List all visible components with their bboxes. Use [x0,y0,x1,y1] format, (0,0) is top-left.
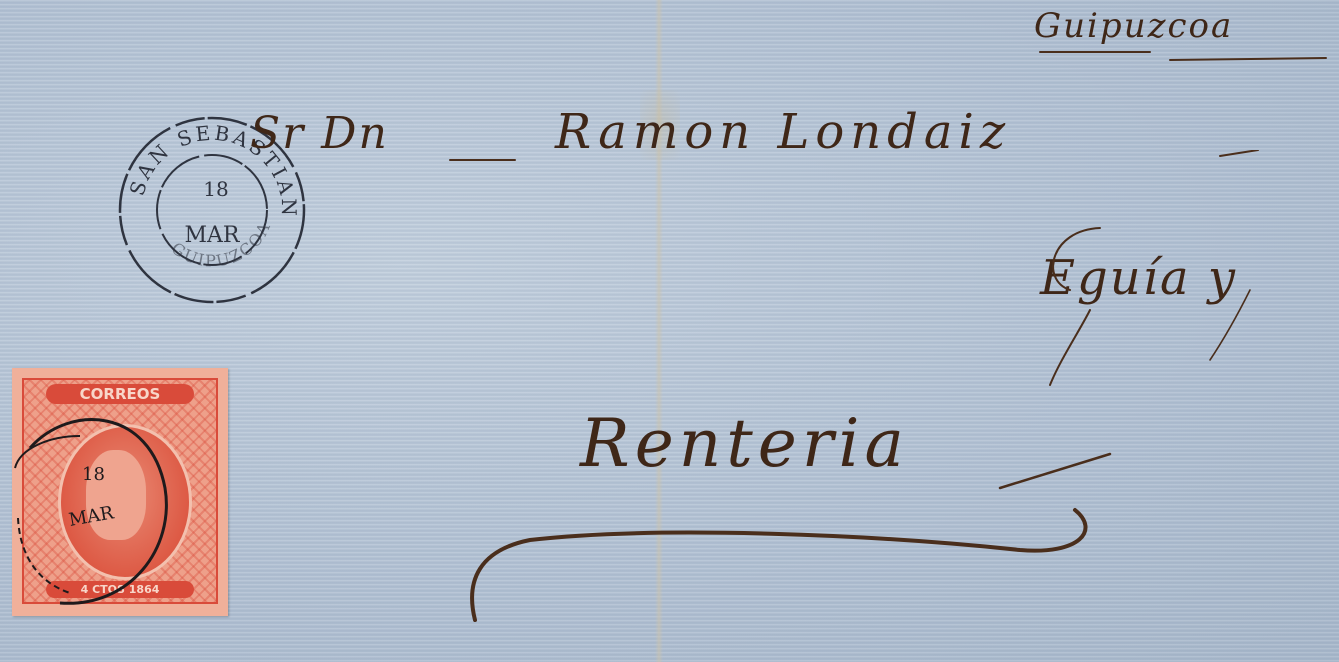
line2-flourish [1030,220,1270,390]
cancel-day: 18 [82,464,105,485]
salutation-flourish [340,150,1280,180]
cancel-month: MAR [67,502,115,531]
postmark-month: MAR [185,223,241,248]
stamp-top-label: CORREOS [46,384,194,404]
postmark-day: 18 [203,177,228,201]
postal-cover: Guipuzcoa SAN SEBASTIAN GUIPUZCOA 18 MAR… [0,0,1339,662]
stamp-cancel-mark: 18 MAR [10,408,180,608]
province-underline [1030,40,1330,70]
city-flourish [460,390,1150,640]
